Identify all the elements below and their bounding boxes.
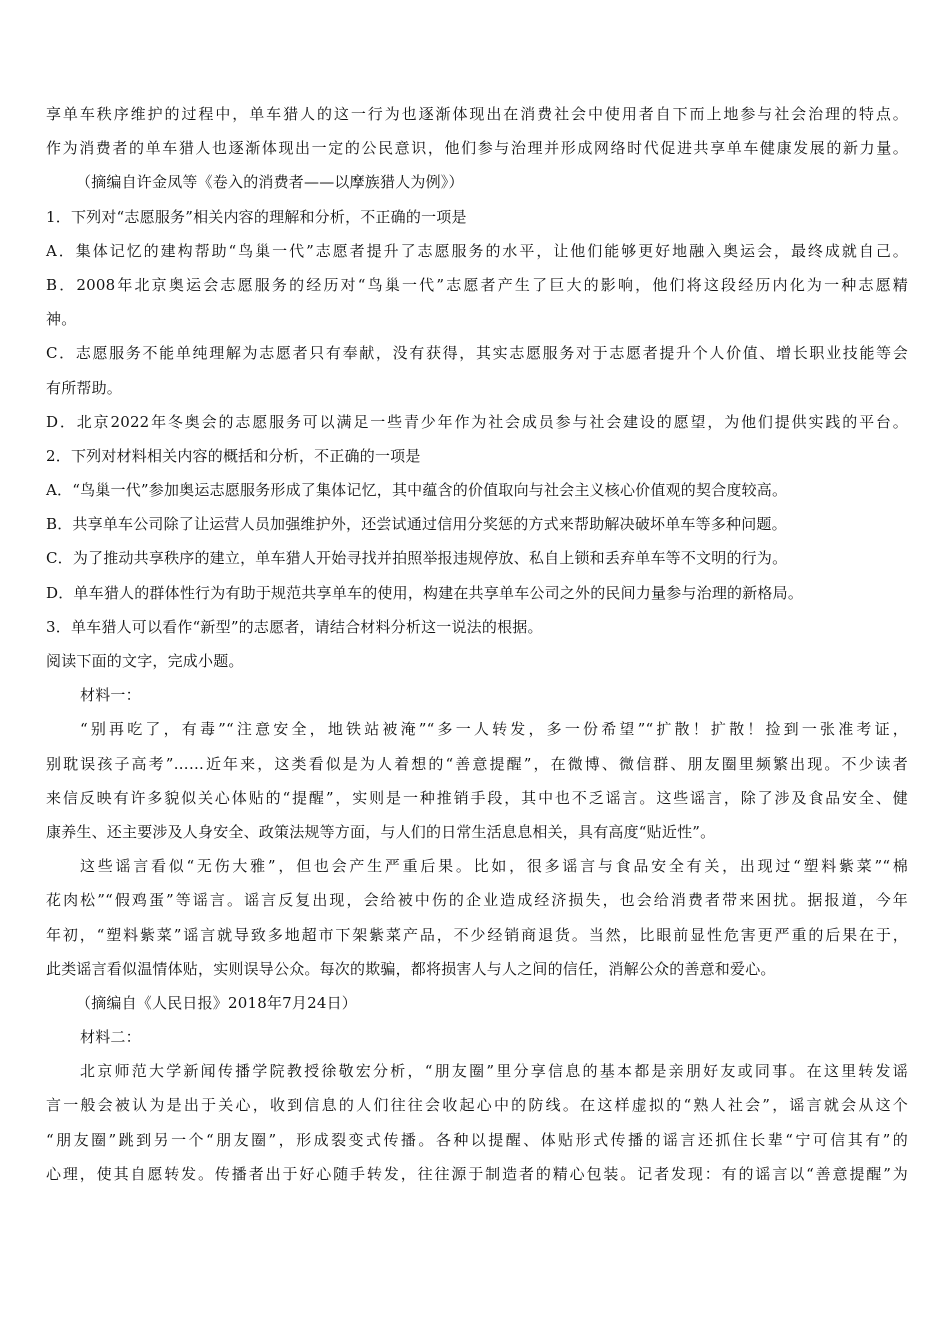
passage-line: 作为消费者的单车猎人也逐渐体现出一定的公民意识，他们参与治理并形成网络时代促进共… [46, 131, 908, 165]
passage-line: 享单车秩序维护的过程中，单车猎人的这一行为也逐渐体现出在消费社会中使用者自下而上… [46, 97, 908, 131]
material-1-line: 来信反映有许多貌似关心体贴的“提醒”，实则是一种推销手段，其中也不乏谣言。这些谣… [46, 781, 908, 815]
question-1-option-b: B．2008年北京奥运会志愿服务的经历对“鸟巢一代”志愿者产生了巨大的影响，他们… [46, 268, 908, 302]
material-2-line: 心理，使其自愿转发。传播者出于好心随手转发，往往源于制造者的精心包装。记者发现：… [46, 1157, 908, 1191]
source-citation: （摘编自《人民日报》2018年7月24日） [46, 986, 908, 1020]
material-1-line: 别耽误孩子高考”……近年来，这类看似是为人着想的“善意提醒”，在微博、微信群、朋… [46, 747, 908, 781]
material-1-heading: 材料一： [46, 678, 908, 712]
question-1-option-c: C．志愿服务不能单纯理解为志愿者只有奉献，没有获得，其实志愿服务对于志愿者提升个… [46, 336, 908, 370]
question-2-stem: 2．下列对材料相关内容的概括和分析，不正确的一项是 [46, 439, 908, 473]
material-2-line: 北京师范大学新闻传播学院教授徐敬宏分析，“朋友圈”里分享信息的基本都是亲朋好友或… [46, 1054, 908, 1088]
document-page: 享单车秩序维护的过程中，单车猎人的这一行为也逐渐体现出在消费社会中使用者自下而上… [46, 97, 908, 1191]
question-2-option-d: D．单车猎人的群体性行为有助于规范共享单车的使用，构建在共享单车公司之外的民间力… [46, 576, 908, 610]
question-2-option-a: A．“鸟巢一代”参加奥运志愿服务形成了集体记忆，其中蕴含的价值取向与社会主义核心… [46, 473, 908, 507]
question-1-option-b-cont: 神。 [46, 302, 908, 336]
material-1-line: 这些谣言看似“无伤大雅”，但也会产生严重后果。比如，很多谣言与食品安全有关，出现… [46, 849, 908, 883]
material-1-line: 康养生、还主要涉及人身安全、政策法规等方面，与人们的日常生活息息相关，具有高度“… [46, 815, 908, 849]
material-1-line: 年初，“塑料紫菜”谣言就导致多地超市下架紫菜产品，不少经销商退货。当然，比眼前显… [46, 918, 908, 952]
material-1-line: 此类谣言看似温情体贴，实则误导公众。每次的欺骗，都将损害人与人之间的信任，消解公… [46, 952, 908, 986]
question-1-stem: 1．下列对“志愿服务”相关内容的理解和分析，不正确的一项是 [46, 200, 908, 234]
material-2-line: “朋友圈”跳到另一个“朋友圈”，形成裂变式传播。各种以提醒、体贴形式传播的谣言还… [46, 1123, 908, 1157]
question-3-stem: 3．单车猎人可以看作“新型”的志愿者，请结合材料分析这一说法的根据。 [46, 610, 908, 644]
source-citation: （摘编自许金凤等《卷入的消费者——以摩族猎人为例》） [46, 165, 908, 199]
question-2-option-c: C．为了推动共享秩序的建立，单车猎人开始寻找并拍照举报违规停放、私自上锁和丢弃单… [46, 541, 908, 575]
material-2-heading: 材料二： [46, 1020, 908, 1054]
material-1-line: 花肉松”“假鸡蛋”等谣言。谣言反复出现，会给被中伤的企业造成经济损失，也会给消费… [46, 883, 908, 917]
question-1-option-a: A．集体记忆的建构帮助“鸟巢一代”志愿者提升了志愿服务的水平，让他们能够更好地融… [46, 234, 908, 268]
question-1-option-c-cont: 有所帮助。 [46, 371, 908, 405]
question-2-option-b: B．共享单车公司除了让运营人员加强维护外，还尝试通过信用分奖惩的方式来帮助解决破… [46, 507, 908, 541]
material-2-line: 言一般会被认为是出于关心，收到信息的人们往往会收起心中的防线。在这样虚拟的“熟人… [46, 1088, 908, 1122]
question-1-option-d: D．北京2022年冬奥会的志愿服务可以满足一些青少年作为社会成员参与社会建设的愿… [46, 405, 908, 439]
reading-instruction: 阅读下面的文字，完成小题。 [46, 644, 908, 678]
material-1-line: “别再吃了，有毒”“注意安全，地铁站被淹”“多一人转发，多一份希望”“扩散！扩散… [46, 712, 908, 746]
